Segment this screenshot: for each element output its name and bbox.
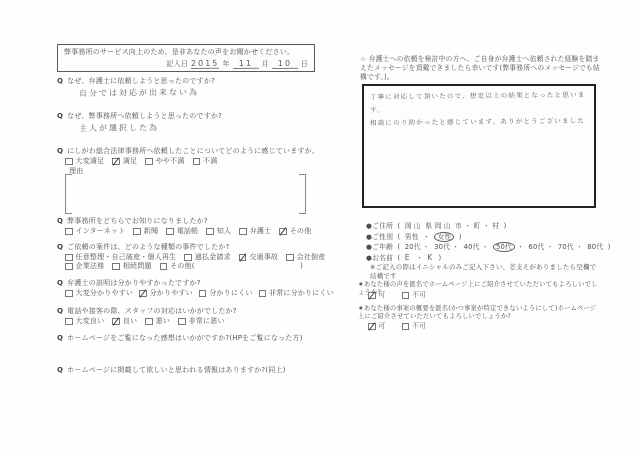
checkbox-icon — [206, 228, 214, 236]
checkbox-icon — [402, 323, 410, 331]
age-label: ●ご年齢 — [366, 243, 393, 251]
q6-prefix: Q — [57, 279, 63, 287]
consent2-text: ★あなた様の事案の概要を匿名(かつ事案が特定できないようにして)ホームページ上に… — [358, 305, 602, 321]
gender-label: ●ご性別 — [366, 233, 393, 241]
checkbox-icon — [166, 228, 174, 236]
consent1-options: 可 不可 — [368, 291, 434, 300]
reason-bracket-right — [299, 174, 306, 214]
q5-other-close-paren: ) — [300, 262, 303, 271]
gender-option-male: 男性 — [405, 233, 419, 241]
address-prefecture-handwriting: 岡山 — [405, 222, 423, 230]
q1-text: なぜ、弁護士に依頼しようと思ったのですか? — [67, 77, 215, 85]
checkbox-icon — [193, 158, 201, 166]
checkbox-icon — [160, 263, 168, 271]
q2-answer-handwriting: 主人が選択した為 — [79, 122, 159, 134]
profile-address-row: ●ご住所 ( 岡山 県 岡山 市 ・ 町 ・ 村 ) — [366, 222, 509, 231]
q3-prefix: Q — [57, 147, 63, 155]
q5-options-row1: 任意整理・自己破産・個人再生 過払金請求 交通事故 会社倒産 — [65, 253, 333, 262]
gender-option-female: 女性 — [434, 232, 454, 242]
checkbox-icon — [184, 254, 192, 262]
age-option-20s: 20代 — [405, 243, 421, 251]
q7-options: 大変良い 良い 悪い 非常に悪い — [65, 317, 233, 326]
q7-option-good: 良い — [112, 317, 137, 326]
checkbox-icon — [112, 158, 120, 166]
q4-option-internet: インターネット — [65, 227, 125, 236]
q5-prefix: Q — [57, 243, 63, 251]
q8-text: ホームページをご覧になった感想はいかがですか?(HPをご覧になった方) — [67, 334, 303, 342]
q3-option-somewhat-dissatisfied: やや不満 — [145, 157, 184, 166]
q2-text: なぜ、弊事務所へ依頼しようと思ったのですか? — [67, 112, 222, 120]
age-option-40s: 40代 — [464, 243, 480, 251]
checkbox-icon — [402, 292, 410, 300]
q6-options: 大変分かりやすい 分かりやすい 分かりにくい 非常に分かりにくい — [65, 289, 334, 298]
q4-option-other: その他 — [279, 227, 311, 236]
checkbox-icon — [65, 158, 73, 166]
q5-text: ご依頼の案件は、どのような種類の事件でしたか? — [67, 243, 229, 251]
date-month-unit: 月 — [262, 60, 269, 69]
q3-option-dissatisfied: 不満 — [193, 157, 218, 166]
checkbox-icon — [112, 318, 120, 326]
checkbox-icon — [279, 228, 287, 236]
question-8: Qホームページをご覧になった感想はいかがですか?(HPをご覧になった方) — [57, 334, 303, 343]
address-label: ●ご住所 — [366, 222, 393, 230]
q5-option-debt: 任意整理・自己破産・個人再生 — [65, 253, 176, 262]
q3-option-very-satisfied: 大変満足 — [65, 157, 104, 166]
age-option-70s: 70代 — [558, 243, 574, 251]
survey-notice: 弊事務所のサービス向上のため、是非あなたの声をお聞かせください。 — [64, 48, 308, 57]
scanned-survey-page: 弊事務所のサービス向上のため、是非あなたの声をお聞かせください。 記入日 201… — [0, 0, 640, 453]
q9-prefix: Q — [57, 366, 63, 374]
q6-text: 弁護士の説明は分かりやすかったですか? — [67, 279, 201, 287]
q4-option-newspaper: 新聞 — [133, 227, 158, 236]
date-year-value: 2015 — [191, 59, 219, 69]
checkbox-icon — [368, 323, 376, 331]
date-month-value: 11 — [233, 59, 259, 69]
fill-date-line: 記入日 2015 年 11 月 10 日 — [64, 59, 308, 69]
address-city-handwriting: 岡山 — [434, 222, 452, 230]
message-request-note: ☆ 弁護士への依頼を検討中の方へ、ご自身が弁護士へ依頼された経験を踏まえたメッセ… — [360, 55, 602, 82]
age-option-30s: 30代 — [434, 243, 450, 251]
profile-gender-row: ●ご性別 ( 男性 ・ 女性 ) — [366, 233, 464, 242]
message-box: 丁寧に対応して頂いたので、想定以上の結果となったと思います。 相談にのり助かった… — [362, 84, 596, 208]
q6-option-very-unclear: 非常に分かりにくい — [259, 289, 334, 298]
q5-option-bankruptcy: 会社倒産 — [286, 253, 325, 262]
consent2-option-yes: 可 — [368, 322, 386, 331]
checkbox-icon — [368, 292, 376, 300]
age-option-60s: 60代 — [528, 243, 544, 251]
consent2-option-no: 不可 — [402, 322, 427, 331]
profile-age-row: ●ご年齢 ( 20代・ 30代・ 40代・ 50代・ 60代・ 70代・ 80代… — [366, 243, 613, 252]
date-day-unit: 日 — [301, 60, 308, 69]
profile-name-row: ●お名前 ( E ・ K ) — [366, 253, 443, 263]
q6-option-very-clear: 大変分かりやすい — [65, 289, 133, 298]
q1-answer-handwriting: 自分では対応が出来ない為 — [79, 87, 199, 99]
q7-option-very-bad: 非常に悪い — [178, 317, 225, 326]
question-2: Qなぜ、弊事務所へ依頼しようと思ったのですか? — [57, 112, 222, 121]
q2-prefix: Q — [57, 112, 63, 120]
question-9: Qホームページに掲載して欲しいと思われる情報はありますか?(同上) — [57, 366, 286, 375]
header-box: 弊事務所のサービス向上のため、是非あなたの声をお聞かせください。 記入日 201… — [57, 44, 315, 72]
q7-text: 電話や接客の際、スタッフの対応はいかがでしたか? — [67, 307, 237, 315]
q3-option-satisfied: 満足 — [112, 157, 137, 166]
q8-prefix: Q — [57, 334, 63, 342]
q1-prefix: Q — [57, 77, 63, 85]
address-units: 市 ・ 町 ・ 村 — [455, 222, 499, 230]
question-3: Qにしがわ総合法律事務所へ依頼したことについてどのように感じていますか。 — [57, 147, 319, 156]
date-day-value: 10 — [272, 59, 298, 69]
checkbox-icon — [286, 254, 294, 262]
message-handwriting-line1: 丁寧に対応して頂いたので、想定以上の結果となったと思います。 — [370, 89, 588, 117]
date-label: 記入日 — [166, 60, 188, 69]
q4-prefix: Q — [57, 217, 63, 225]
checkbox-icon — [145, 318, 153, 326]
name-initial-first-handwriting: E — [405, 253, 412, 262]
checkbox-icon — [65, 254, 73, 262]
checkbox-icon — [199, 290, 207, 298]
question-1: Qなぜ、弁護士に依頼しようと思ったのですか? — [57, 77, 215, 86]
q5-option-inheritance: 相続問題 — [112, 262, 151, 271]
consent1-option-no: 不可 — [402, 291, 427, 300]
checkbox-icon — [65, 290, 73, 298]
age-option-80s: 80代 — [587, 243, 603, 251]
message-handwriting-line2: 相談にのり助かったと感じています。ありがとうございました — [370, 115, 588, 130]
question-7: Q電話や接客の際、スタッフの対応はいかがでしたか? — [57, 307, 237, 316]
checkbox-icon — [178, 318, 186, 326]
q5-option-overpayment: 過払金請求 — [184, 253, 231, 262]
q5-option-corporate: 企業法務 — [65, 262, 104, 271]
q7-option-bad: 悪い — [145, 317, 170, 326]
checkbox-icon — [65, 318, 73, 326]
date-year-unit: 年 — [222, 60, 229, 69]
q6-option-clear: 分かりやすい — [139, 289, 193, 298]
checkbox-icon — [239, 254, 247, 262]
q5-option-traffic-accident: 交通事故 — [239, 253, 278, 262]
q4-options: インターネット 新聞 電話帳 知人 弁護士 その他 — [65, 227, 319, 236]
address-prefecture-unit: 県 — [425, 222, 432, 230]
reason-bracket-left — [65, 174, 72, 214]
q5-options-row2: 企業法務 相続問題 その他( ) — [65, 262, 303, 271]
checkbox-icon — [112, 263, 120, 271]
q4-option-lawyer: 弁護士 — [239, 227, 271, 236]
q3-text: にしがわ総合法律事務所へ依頼したことについてどのように感じていますか。 — [67, 147, 319, 155]
checkbox-icon — [65, 228, 73, 236]
name-label: ●お名前 — [366, 254, 393, 262]
checkbox-icon — [259, 290, 267, 298]
q5-option-other: その他( — [160, 262, 195, 271]
consent1-option-yes: 可 — [368, 291, 386, 300]
consent2-options: 可 不可 — [368, 322, 434, 331]
q4-option-phonebook: 電話帳 — [166, 227, 198, 236]
question-6: Q弁護士の説明は分かりやすかったですか? — [57, 279, 201, 288]
q4-text: 弊事務所をどちらでお知りになりましたか? — [67, 217, 208, 225]
q7-prefix: Q — [57, 307, 63, 315]
checkbox-icon — [239, 228, 247, 236]
checkbox-icon — [65, 263, 73, 271]
name-initial-last-handwriting: K — [427, 253, 434, 262]
q9-text: ホームページに掲載して欲しいと思われる情報はありますか?(同上) — [67, 366, 285, 374]
q7-option-very-good: 大変良い — [65, 317, 104, 326]
checkbox-icon — [139, 290, 147, 298]
q3-options: 大変満足 満足 やや不満 不満 — [65, 157, 225, 166]
checkbox-icon — [133, 228, 141, 236]
q4-option-acquaintance: 知人 — [206, 227, 231, 236]
question-4: Q弊事務所をどちらでお知りになりましたか? — [57, 217, 208, 226]
initials-note: ※ご記入の際はイニシャルのみご記入下さい、差支えがありましたら空欄で結構です — [370, 263, 602, 281]
question-5: Qご依頼の案件は、どのような種類の事件でしたか? — [57, 243, 229, 252]
q6-option-unclear: 分かりにくい — [199, 289, 253, 298]
age-option-50s: 50代 — [493, 242, 515, 252]
checkbox-icon — [145, 158, 153, 166]
